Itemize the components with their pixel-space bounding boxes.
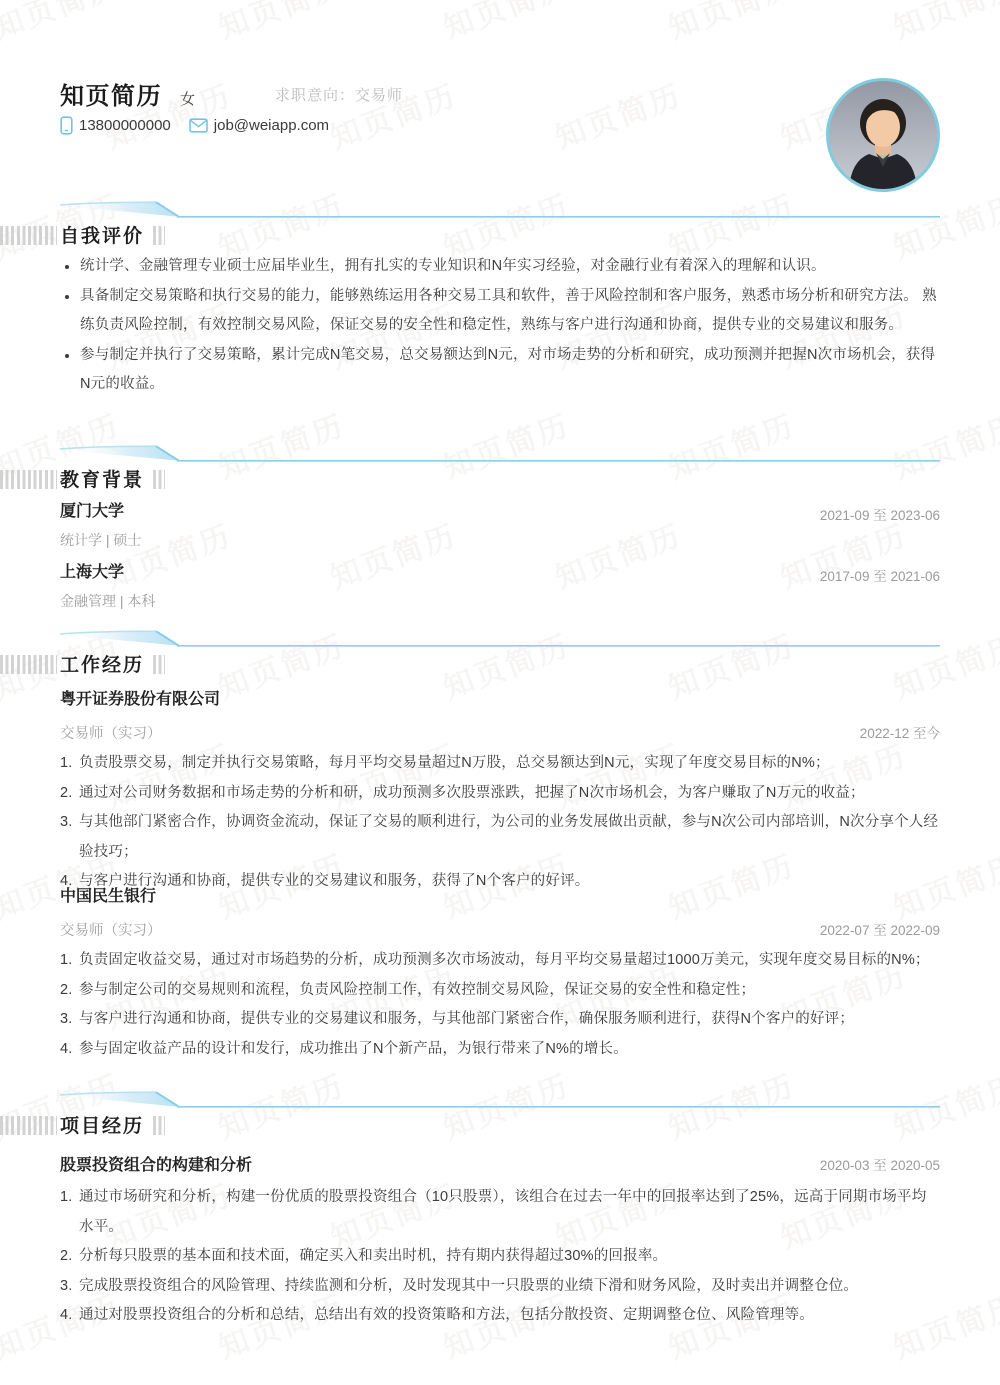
section-title-work: 工作经历	[60, 650, 144, 677]
self-evaluation-item: 具备制定交易策略和执行交易的能力，能够熟练运用各种交易工具和软件，善于风险控制和…	[60, 282, 940, 341]
work-date: 2022-12 至今	[860, 719, 940, 742]
title-stripes-end-decoration	[153, 470, 165, 489]
job-intention: 求职意向：交易师	[275, 84, 403, 105]
work-entry-1: 粤开证券股份有限公司 交易师（实习） 2022-12 至今 负责股票交易，制定并…	[60, 689, 940, 897]
avatar	[826, 78, 940, 192]
company-name: 粤开证券股份有限公司	[60, 689, 940, 711]
major-degree: 统计学 | 硕士	[60, 530, 141, 550]
section-self-evaluation-header: 自我评价	[0, 201, 1000, 248]
phone-icon	[60, 116, 73, 135]
section-title-self-evaluation: 自我评价	[60, 221, 144, 248]
project-item: 完成股票投资组合的风险管理、持续监测和分析，及时发现其中一只股票的业绩下滑和财务…	[60, 1272, 940, 1302]
name-row: 知页简历 女 求职意向：交易师	[60, 76, 940, 108]
title-stripes-end-decoration	[153, 226, 165, 245]
work-items-list: 负责股票交易，制定并执行交易策略，每月平均交易量超过N万股，总交易额达到N元，实…	[60, 749, 940, 897]
project-items-list: 通过市场研究和分析，构建一份优质的股票投资组合（10只股票），该组合在过去一年中…	[60, 1183, 940, 1331]
title-stripes-decoration	[0, 226, 57, 245]
email-address: job@weiapp.com	[214, 117, 329, 134]
work-item: 与客户进行沟通和协商，提供专业的交易建议和服务，与其他部门紧密合作，确保服务顺利…	[60, 1005, 940, 1035]
work-items-list: 负责固定收益交易，通过对市场趋势的分析，成功预测多次市场波动，每月平均交易量超过…	[60, 946, 940, 1064]
title-stripes-decoration	[0, 470, 57, 489]
work-item: 负责固定收益交易，通过对市场趋势的分析，成功预测多次市场波动，每月平均交易量超过…	[60, 946, 940, 976]
title-stripes-end-decoration	[153, 655, 165, 674]
education-date: 2021-09 至 2023-06	[820, 501, 940, 524]
section-divider-swoosh	[60, 445, 940, 463]
section-divider-swoosh	[60, 1091, 940, 1109]
work-item: 通过对公司财务数据和市场走势的分析和研，成功预测多次股票涨跌，把握了N次市场机会…	[60, 779, 940, 809]
education-date: 2017-09 至 2021-06	[820, 562, 940, 585]
project-date: 2020-03 至 2020-05	[820, 1151, 940, 1174]
self-evaluation-item: 参与制定并执行了交易策略，累计完成N笔交易，总交易额达到N元，对市场走势的分析和…	[60, 341, 940, 400]
major-degree: 金融管理 | 本科	[60, 591, 155, 611]
work-entry-2: 中国民生银行 交易师（实习） 2022-07 至 2022-09 负责固定收益交…	[60, 886, 940, 1064]
candidate-gender: 女	[180, 88, 195, 109]
resume-page: 知页简历知页简历知页简历知页简历知页简历知页简历知页简历知页简历知页简历知页简历…	[0, 0, 1000, 1385]
self-evaluation-content: 统计学、金融管理专业硕士应届毕业生，拥有扎实的专业知识和N年实习经验，对金融行业…	[60, 252, 940, 400]
work-item: 参与制定公司的交易规则和流程，负责风险控制工作，有效控制交易风险，保证交易的安全…	[60, 976, 940, 1006]
project-item: 通过对股票投资组合的分析和总结，总结出有效的投资策略和方法，包括分散投资、定期调…	[60, 1301, 940, 1331]
resume-header: 知页简历 女 求职意向：交易师 13800000000 job@weiapp.c…	[60, 76, 940, 135]
job-role: 交易师（实习）	[60, 724, 162, 744]
school-name: 上海大学	[60, 562, 155, 584]
self-evaluation-item: 统计学、金融管理专业硕士应届毕业生，拥有扎实的专业知识和N年实习经验，对金融行业…	[60, 252, 940, 282]
contact-row: 13800000000 job@weiapp.com	[60, 116, 940, 135]
email-icon	[189, 118, 208, 133]
education-entry: 上海大学 金融管理 | 本科 2017-09 至 2021-06	[60, 562, 940, 611]
project-item: 通过市场研究和分析，构建一份优质的股票投资组合（10只股票），该组合在过去一年中…	[60, 1183, 940, 1242]
title-stripes-decoration	[0, 655, 57, 674]
work-date: 2022-07 至 2022-09	[820, 916, 940, 939]
work-item: 与其他部门紧密合作，协调资金流动，保证了交易的顺利进行，为公司的业务发展做出贡献…	[60, 808, 940, 867]
work-item: 负责股票交易，制定并执行交易策略，每月平均交易量超过N万股，总交易额达到N元，实…	[60, 749, 940, 779]
section-divider-swoosh	[60, 630, 940, 648]
phone-number: 13800000000	[79, 117, 171, 134]
title-stripes-decoration	[0, 1116, 57, 1135]
education-content: 厦门大学 统计学 | 硕士 2021-09 至 2023-06 上海大学 金融管…	[60, 501, 940, 611]
section-title-project: 项目经历	[60, 1111, 144, 1138]
section-title-education: 教育背景	[60, 465, 144, 492]
project-entry: 股票投资组合的构建和分析 2020-03 至 2020-05 通过市场研究和分析…	[60, 1151, 940, 1331]
candidate-name: 知页简历	[60, 76, 162, 111]
work-item: 参与固定收益产品的设计和发行，成功推出了N个新产品，为银行带来了N%的增长。	[60, 1035, 940, 1065]
job-role: 交易师（实习）	[60, 921, 162, 941]
self-evaluation-list: 统计学、金融管理专业硕士应届毕业生，拥有扎实的专业知识和N年实习经验，对金融行业…	[60, 252, 940, 400]
section-work-header: 工作经历	[0, 630, 1000, 677]
section-education-header: 教育背景	[0, 445, 1000, 492]
education-entry: 厦门大学 统计学 | 硕士 2021-09 至 2023-06	[60, 501, 940, 550]
project-item: 分析每只股票的基本面和技术面，确定买入和卖出时机，持有期内获得超过30%的回报率…	[60, 1242, 940, 1272]
section-project-header: 项目经历	[0, 1091, 1000, 1138]
company-name: 中国民生银行	[60, 886, 940, 908]
project-name: 股票投资组合的构建和分析	[60, 1155, 252, 1177]
school-name: 厦门大学	[60, 501, 141, 523]
section-divider-swoosh	[60, 201, 940, 219]
title-stripes-end-decoration	[153, 1116, 165, 1135]
